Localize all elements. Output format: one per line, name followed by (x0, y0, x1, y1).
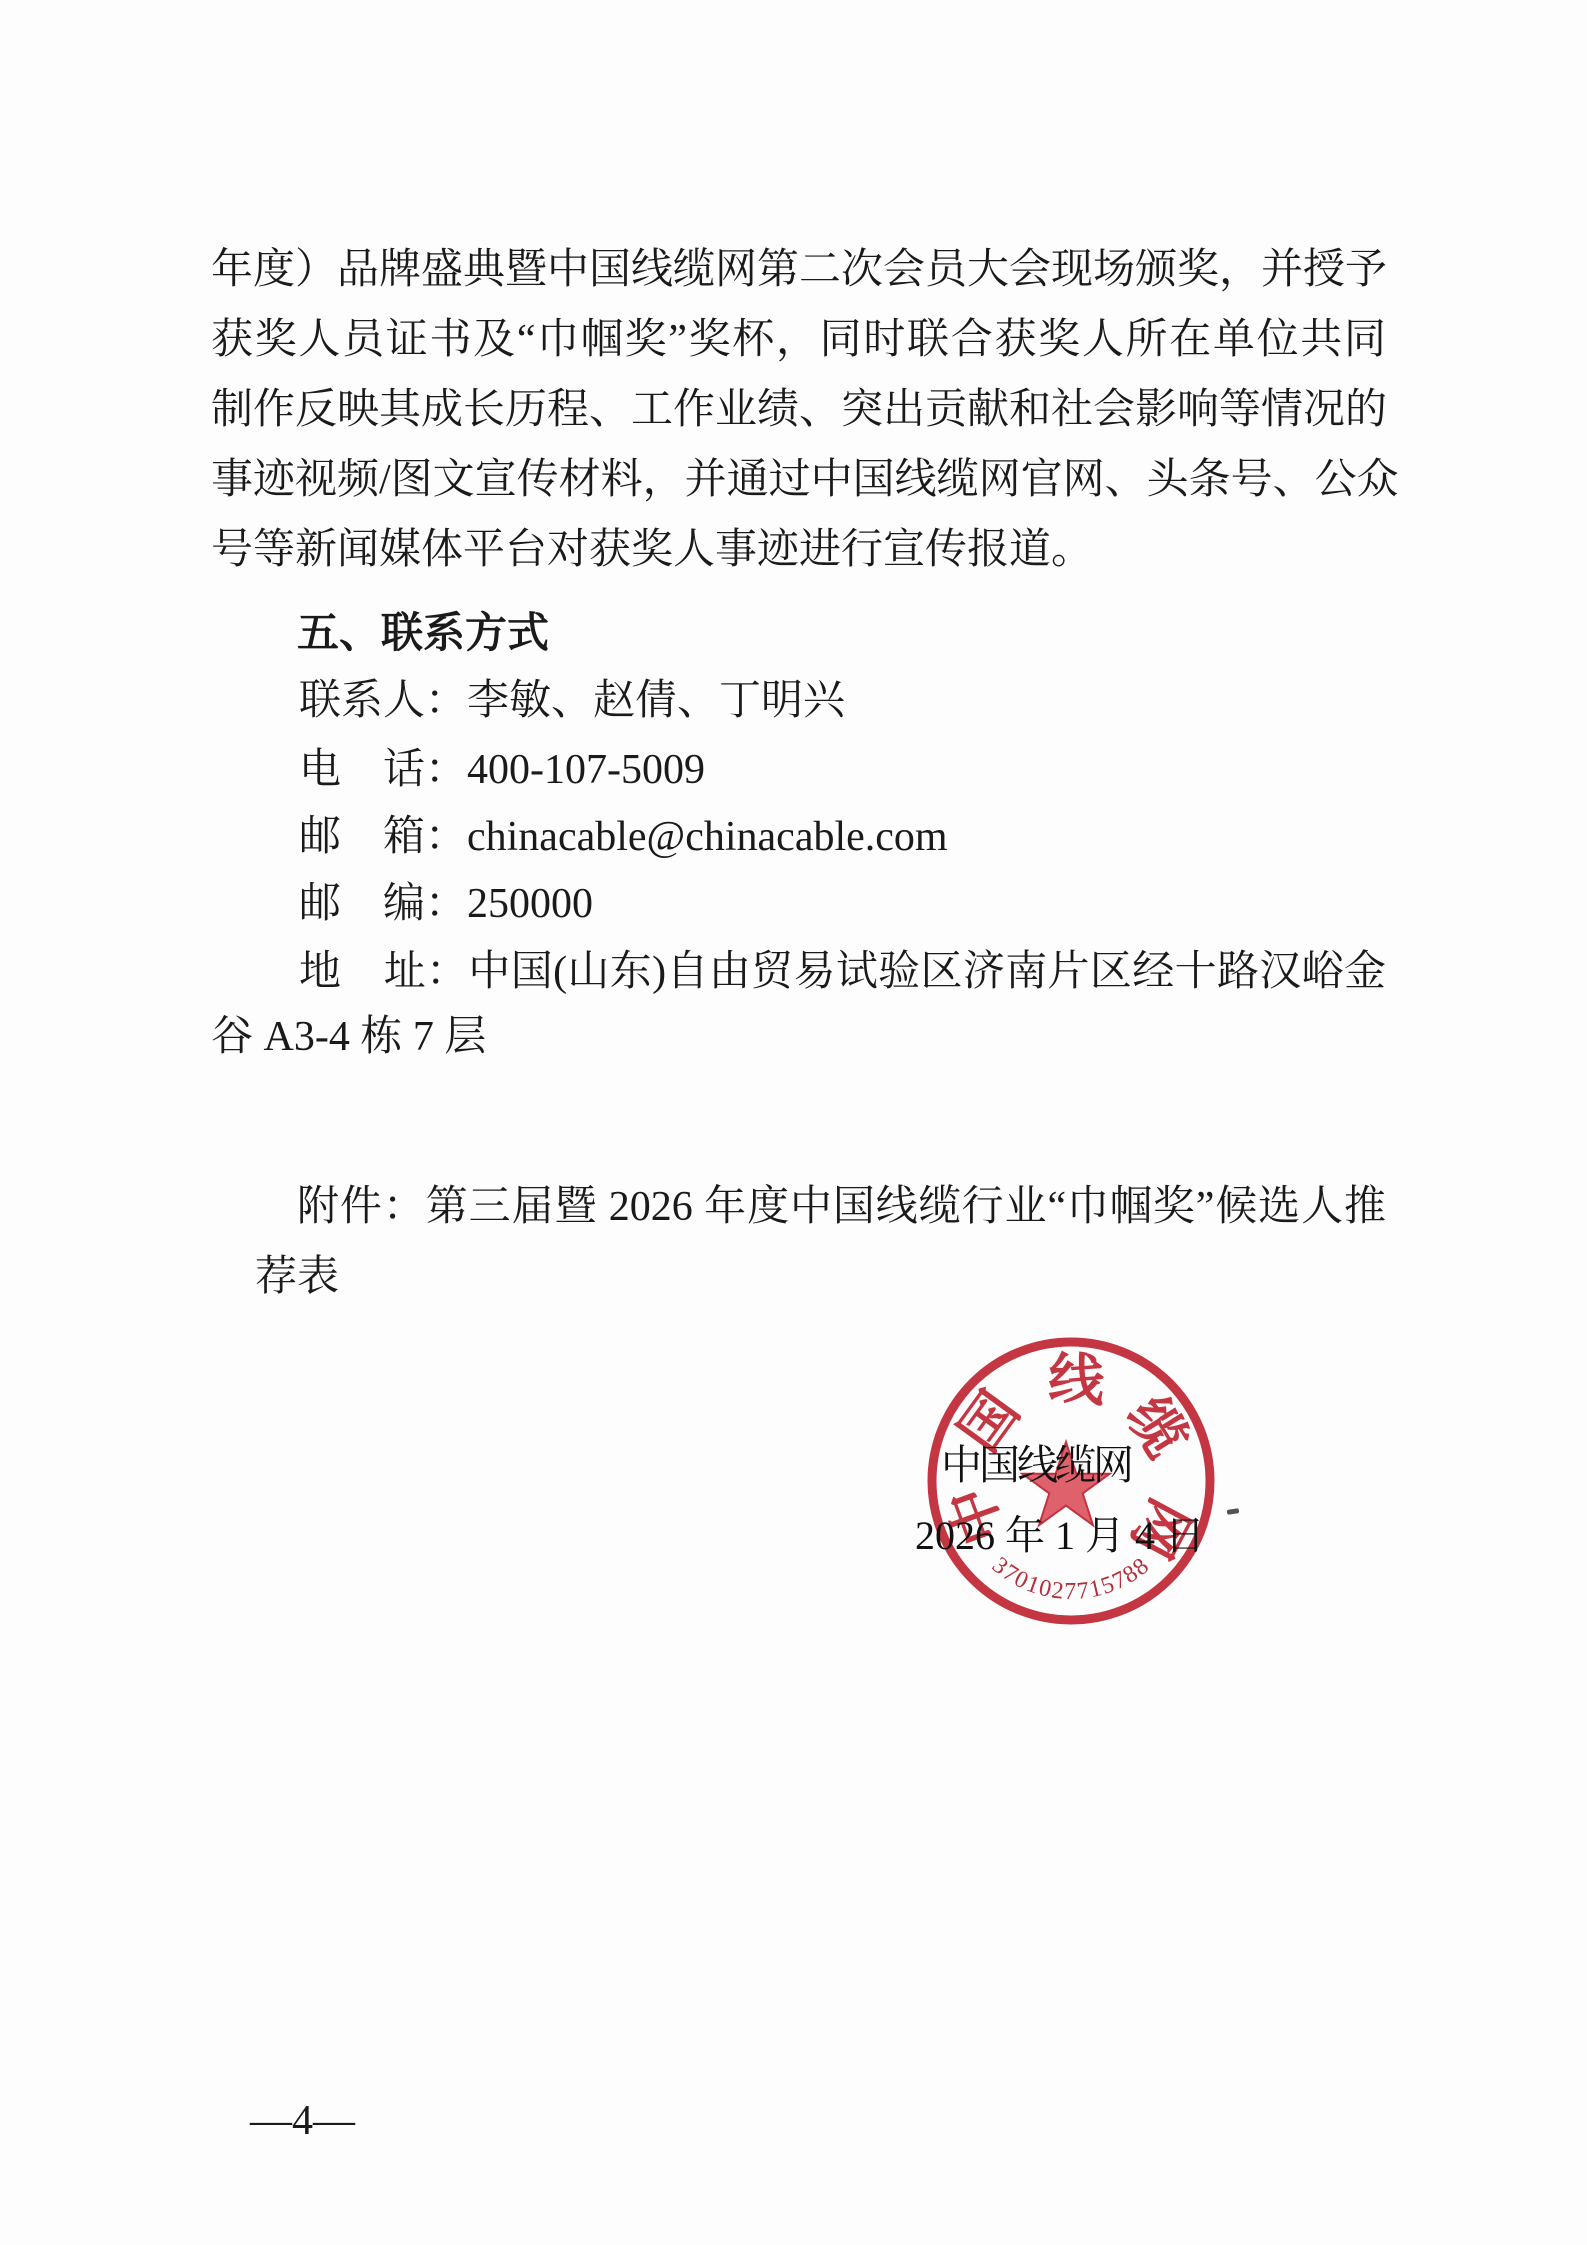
contact-email-line: 邮 箱：chinacable@chinacable.com (299, 813, 948, 861)
contact-person-line: 联系人：李敏、赵倩、丁明兴 (299, 677, 845, 725)
paragraph-line: 制作反映其成长历程、工作业绩、突出贡献和社会影响等情况的 (211, 386, 1386, 434)
paragraph-line: 事迹视频/图文宣传材料，并通过中国线缆网官网、头条号、公众 (211, 456, 1386, 504)
paragraph-line: 年度）品牌盛典暨中国线缆网第二次会员大会现场颁奖，并授予 (211, 246, 1386, 294)
paragraph-line: 获奖人员证书及“巾帼奖”奖杯，同时联合获奖人所在单位共同 (211, 316, 1386, 364)
attachment-line2: 荐表 (255, 1253, 339, 1301)
signature-org-name: 中国线缆网 (941, 1432, 1131, 1491)
signature-date: 2026 年 1 月 4 日 (915, 1504, 1205, 1561)
contact-phone-line: 电 话：400-107-5009 (299, 746, 705, 794)
page-number: —4— (250, 2097, 355, 2145)
contact-address-line1: 地 址：中国(山东)自由贸易试验区济南片区经十路汉峪金 (299, 948, 1386, 996)
document-page: 年度）品牌盛典暨中国线缆网第二次会员大会现场颁奖，并授予 获奖人员证书及“巾帼奖… (0, 0, 1587, 2245)
ink-speck (1227, 1508, 1240, 1515)
contact-address-line2: 谷 A3-4 栋 7 层 (211, 1013, 486, 1061)
seal-char: 线 (1047, 1349, 1107, 1414)
section-heading: 五、联系方式 (297, 610, 549, 658)
paragraph-line: 号等新闻媒体平台对获奖人事迹进行宣传报道。 (211, 526, 1093, 574)
contact-postal-line: 邮 编：250000 (299, 880, 593, 928)
attachment-line1: 附件：第三届暨 2026 年度中国线缆行业“巾帼奖”候选人推 (297, 1183, 1386, 1231)
